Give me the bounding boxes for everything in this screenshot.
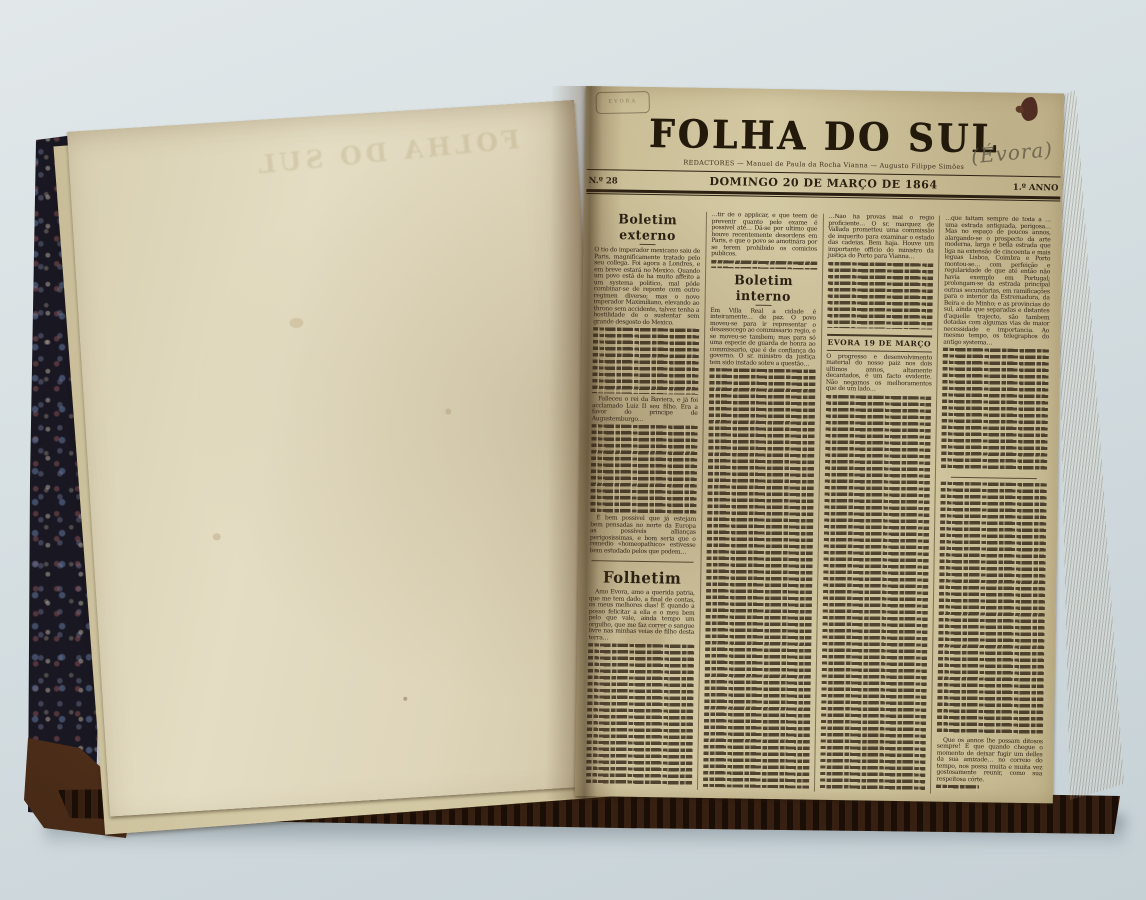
photo-of-bound-newspaper: FOLHA DO SUL EVORA FOLHA DO SUL REDACTOR… bbox=[0, 0, 1146, 900]
age-spot bbox=[213, 533, 221, 540]
newsprint-columns: Boletim externo O tio do imperador mexic… bbox=[581, 210, 1056, 795]
heading-divider bbox=[755, 304, 771, 305]
year-label: 1.º ANNO bbox=[968, 182, 1058, 193]
body-text-block bbox=[819, 394, 931, 790]
section-rule bbox=[951, 477, 1037, 479]
gutter-shadow bbox=[545, 86, 623, 801]
article-text: …Não ha provas mal o regio proficiente… … bbox=[828, 214, 934, 261]
body-text-block bbox=[827, 261, 934, 329]
body-text-block bbox=[711, 259, 817, 269]
body-text-block bbox=[941, 348, 1049, 472]
issue-date: DOMINGO 20 DE MARÇO DE 1864 bbox=[678, 174, 968, 192]
age-spot bbox=[445, 408, 451, 414]
article-text: Que os annos lhe possam ditosos sempre! … bbox=[936, 737, 1042, 784]
section-heading-evora-dateline: EVORA 19 DE MARÇO bbox=[826, 333, 932, 352]
ghost-bleedthrough-title: FOLHA DO SUL bbox=[216, 121, 557, 183]
article-text: …tir de o applicar, e que teem de preven… bbox=[711, 212, 817, 259]
newspaper-page: EVORA FOLHA DO SUL REDACTORES — Manuel d… bbox=[575, 86, 1064, 803]
column-2: …tir de o applicar, e que teem de preven… bbox=[697, 212, 823, 792]
article-text: Em Villa Real a cidade é inteiramente… d… bbox=[709, 307, 816, 367]
article-text: …que faltam sempre de toda a … uma estra… bbox=[943, 216, 1051, 348]
body-text-block bbox=[937, 482, 1047, 736]
body-text-block bbox=[936, 785, 978, 792]
column-3: …Não ha provas mal o regio proficiente… … bbox=[813, 214, 939, 794]
body-text-block bbox=[703, 368, 815, 789]
heading-divider bbox=[639, 244, 655, 245]
section-heading-boletim-interno: Boletim interno bbox=[710, 271, 816, 304]
age-spot bbox=[403, 697, 407, 701]
column-4: …que faltam sempre de toda a … uma estra… bbox=[930, 216, 1056, 796]
blank-left-page: FOLHA DO SUL bbox=[67, 100, 617, 817]
age-spot bbox=[289, 317, 304, 328]
article-text: O progresso e desenvolvimento material d… bbox=[826, 353, 932, 394]
